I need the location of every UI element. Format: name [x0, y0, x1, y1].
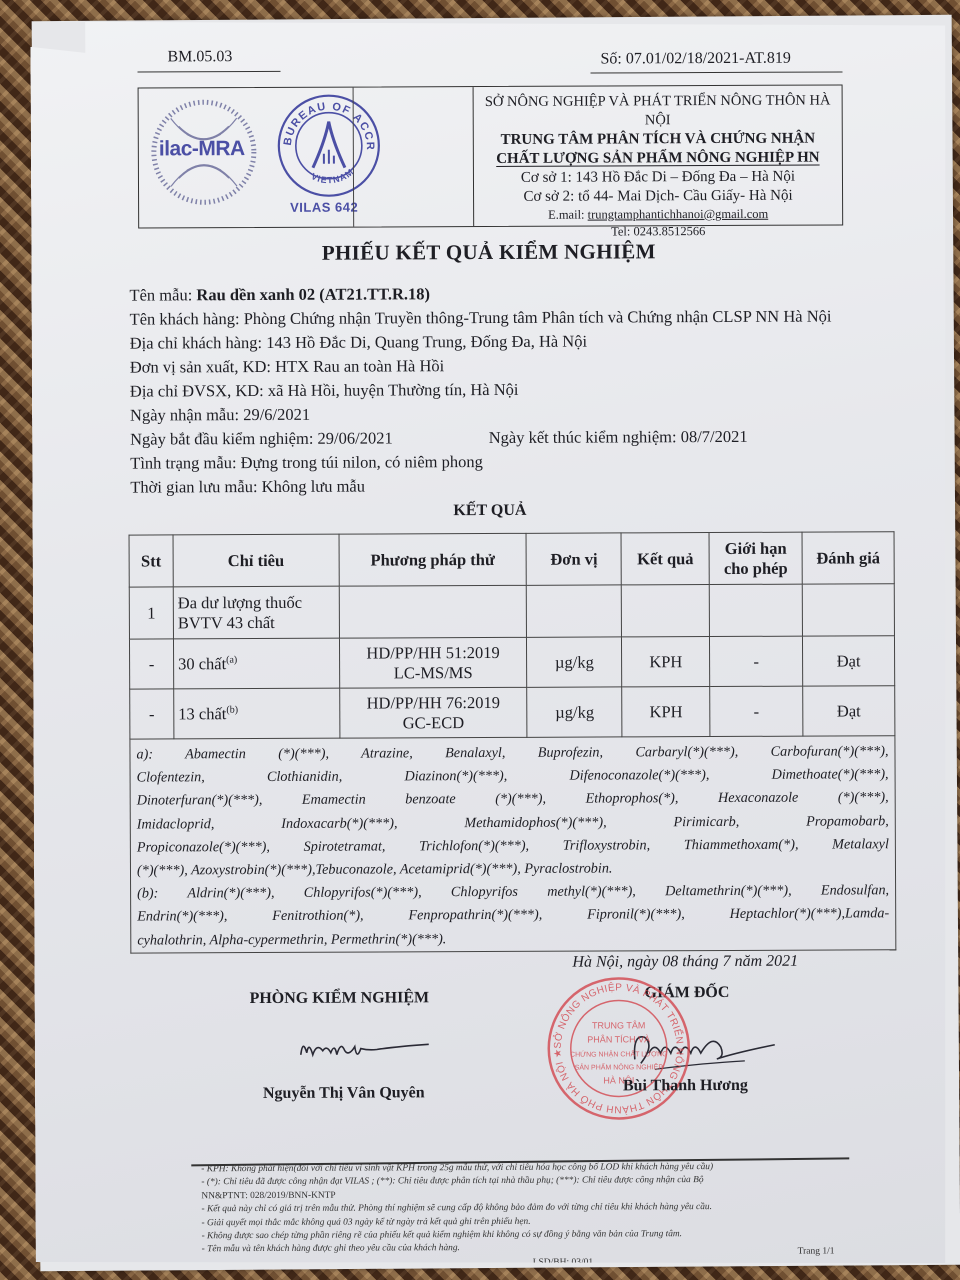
footnote-line: - Tên mẫu và tên khách hàng được ghi the… — [202, 1241, 862, 1257]
organization-name: TRUNG TÂM PHÂN TÍCH VÀ CHỨNG NHẬN — [474, 129, 842, 150]
footnote-marker: (a) — [226, 654, 237, 665]
divider — [591, 71, 843, 73]
test-dates: Ngày bắt đầu kiểm nghiệm: 29/06/2021Ngày… — [130, 424, 910, 451]
note-line: Imidacloprid, Indoxacarb(*)(***), Metham… — [137, 810, 889, 836]
place-and-date: Hà Nội, ngày 08 tháng 7 năm 2021 — [572, 953, 798, 972]
stt-cell: - — [129, 639, 173, 689]
indicator-cell: 30 chất(a) — [173, 638, 339, 689]
evaluation-cell: Đạt — [803, 636, 895, 686]
test-end-date: Ngày kết thúc kiểm nghiệm: 08/7/2021 — [489, 427, 748, 447]
address-1: Cơ sở 1: 143 Hồ Đắc Di – Đống Đa – Hà Nộ… — [474, 167, 842, 188]
organization-info: SỞ NÔNG NGHIỆP VÀ PHÁT TRIỂN NÔNG THÔN H… — [474, 85, 843, 226]
report-title: PHIẾU KẾT QUẢ KIỂM NGHIỆM — [31, 238, 946, 267]
sample-retention: Thời gian lưu mẫu: Không lưu mẫu — [130, 472, 910, 499]
table-row: 1 Đa dư lượng thuốc BVTV 43 chất — [129, 584, 894, 639]
divider — [138, 71, 281, 73]
method-code: HD/PP/HH 51:2019 — [344, 642, 523, 663]
email-line: E.mail: trungtamphantichhanoi@gmail.com — [474, 205, 842, 223]
indicator-text: 13 chất — [178, 704, 226, 723]
note-line: Endrin(*)(***), Fenitrothion(*), Fenprop… — [137, 903, 889, 929]
lab-department-title: PHÒNG KIỂM NGHIỆM — [250, 989, 430, 1008]
result-cell: KPH — [622, 687, 710, 737]
unit-cell — [527, 585, 622, 637]
result-cell: KPH — [622, 637, 710, 687]
svg-text:VIETNAM: VIETNAM — [310, 166, 356, 185]
column-header: Chỉ tiêu — [173, 534, 339, 587]
method-cell: HD/PP/HH 76:2019GC-ECD — [339, 687, 527, 738]
document-number: Số: 07.01/02/18/2021-AT.819 — [600, 50, 790, 69]
director-signer-name: Bùi Thanh Hương — [623, 1077, 748, 1096]
page-number: Trang 1/1 — [798, 1247, 835, 1257]
email-label: E.mail: — [548, 208, 588, 222]
method-cell — [339, 585, 527, 638]
limit-cell: - — [710, 636, 803, 686]
results-table: Stt Chỉ tiêu Phương pháp thử Đơn vị Kết … — [129, 531, 896, 739]
lab-signature-icon — [297, 1032, 437, 1069]
column-header: Kết quả — [621, 533, 709, 585]
limit-cell: - — [710, 686, 803, 736]
substance-list-notes: a): Abamectin (*)(***), Atrazine, Benala… — [129, 736, 896, 953]
bureau-of-accreditation-logo-icon: BUREAU OF ACCREDITATION VIETNAM — [277, 89, 381, 197]
email-link[interactable]: trungtamphantichhanoi@gmail.com — [588, 207, 769, 222]
column-header: Đánh giá — [802, 532, 894, 584]
form-code: BM.05.03 — [167, 48, 232, 66]
table-row: - 30 chất(a) HD/PP/HH 51:2019LC-MS/MS µg… — [129, 636, 894, 689]
vilas-number: VILAS 642 — [290, 200, 358, 215]
unit-cell: µg/kg — [527, 637, 622, 687]
column-header: Stt — [129, 535, 173, 587]
evaluation-cell: Đạt — [803, 686, 895, 736]
customer-address: Địa chỉ khách hàng: 143 Hồ Đắc Di, Quang… — [130, 328, 910, 355]
svg-text:SẢN PHẨM NÔNG NGHIỆP: SẢN PHẨM NÔNG NGHIỆP — [575, 1062, 664, 1071]
result-cell — [622, 585, 710, 637]
note-line: Clofentezin, Clothianidin, Diazinon(*)(*… — [137, 763, 889, 789]
note-line: a): Abamectin (*)(***), Atrazine, Benala… — [136, 740, 888, 766]
footnotes: - KPH: Không phát hiện(đối với chỉ tiêu … — [201, 1160, 861, 1257]
indicator-cell: 13 chất(b) — [174, 688, 340, 739]
test-report-page: BM.05.03 Số: 07.01/02/18/2021-AT.819 ila… — [30, 18, 950, 1267]
stt-cell: 1 — [129, 587, 173, 639]
unit-cell: µg/kg — [527, 687, 622, 737]
test-start-date: Ngày bắt đầu kiểm nghiệm: 29/06/2021 — [130, 428, 393, 448]
address-2: Cơ sở 2: tổ 44- Mai Dịch- Cầu Giấy- Hà N… — [474, 186, 842, 207]
logo-cell: ilac-MRA BUREAU OF ACCREDITATION VIETNAM — [139, 87, 475, 227]
svg-text:CHỨNG NHẬN CHẤT LƯỢNG: CHỨNG NHẬN CHẤT LƯỢNG — [570, 1048, 668, 1058]
note-line: (*)(***), Azoxystrobin(*)(***),Tebuconaz… — [137, 856, 889, 882]
producer: Đơn vị sản xuất, KD: HTX Rau an toàn Hà … — [130, 352, 910, 379]
method-code: HD/PP/HH 76:2019 — [344, 692, 523, 713]
note-line: cyhalothrin, Alpha-cypermethrin, Permeth… — [137, 926, 889, 952]
method-cell: HD/PP/HH 51:2019LC-MS/MS — [339, 637, 527, 688]
evaluation-cell — [802, 584, 894, 636]
ilac-text: ilac-MRA — [159, 137, 245, 161]
note-line: Dinoterfuran(*)(***), Emamectin benzoate… — [137, 787, 889, 813]
method-technique: GC-ECD — [344, 712, 523, 733]
limit-cell — [709, 584, 802, 636]
footnote-marker: (b) — [226, 704, 238, 715]
sample-name: Tên mẫu: Rau dền xanh 02 (AT21.TT.R.18) — [129, 280, 909, 307]
sample-name-value: Rau dền xanh 02 (AT21.TT.R.18) — [196, 284, 430, 304]
note-line: Propiconazole(*)(***), Spirotetramat, Tr… — [137, 833, 889, 859]
indicator-cell: Đa dư lượng thuốc BVTV 43 chất — [173, 586, 339, 639]
column-header: Giới hạn cho phép — [709, 532, 802, 584]
lab-signer-name: Nguyễn Thị Vân Quyên — [263, 1084, 425, 1103]
column-header: Phương pháp thử — [339, 533, 527, 586]
sample-condition: Tình trạng mẫu: Đựng trong túi nilon, có… — [130, 448, 910, 475]
organization-name-line-2: CHẤT LƯỢNG SẢN PHẨM NÔNG NGHIỆP HN — [474, 148, 842, 169]
table-row: - 13 chất(b) HD/PP/HH 76:2019GC-ECD µg/k… — [130, 686, 895, 739]
column-header: Đơn vị — [526, 533, 621, 585]
producer-address: Địa chỉ ĐVSX, KD: xã Hà Hồi, huyện Thườn… — [130, 376, 910, 403]
indicator-text: 30 chất — [178, 654, 226, 673]
stt-cell: - — [130, 689, 174, 739]
svg-text:PHÂN TÍCH VÀ: PHÂN TÍCH VÀ — [587, 1034, 650, 1044]
received-date: Ngày nhận mẫu: 29/6/2021 — [130, 400, 910, 427]
letterhead: ilac-MRA BUREAU OF ACCREDITATION VIETNAM — [138, 84, 844, 228]
note-line: (b): Aldrin(*)(***), Chlopyrifos(*)(***)… — [137, 879, 889, 905]
sample-info: Tên mẫu: Rau dền xanh 02 (AT21.TT.R.18) … — [129, 280, 910, 499]
results-heading: KẾT QUẢ — [32, 500, 947, 522]
table-header-row: Stt Chỉ tiêu Phương pháp thử Đơn vị Kết … — [129, 532, 894, 587]
svg-text:TRUNG TÂM: TRUNG TÂM — [592, 1020, 645, 1030]
parent-department: SỞ NÔNG NGHIỆP VÀ PHÁT TRIỂN NÔNG THÔN H… — [474, 91, 842, 131]
sample-name-label: Tên mẫu: — [129, 285, 196, 304]
method-technique: LC-MS/MS — [344, 662, 523, 683]
official-red-stamp-icon: SỞ NÔNG NGHIỆP VÀ PHÁT TRIỂN NÔNG THÔN T… — [544, 974, 693, 1123]
customer-name: Tên khách hàng: Phòng Chứng nhận Truyền … — [130, 304, 910, 331]
